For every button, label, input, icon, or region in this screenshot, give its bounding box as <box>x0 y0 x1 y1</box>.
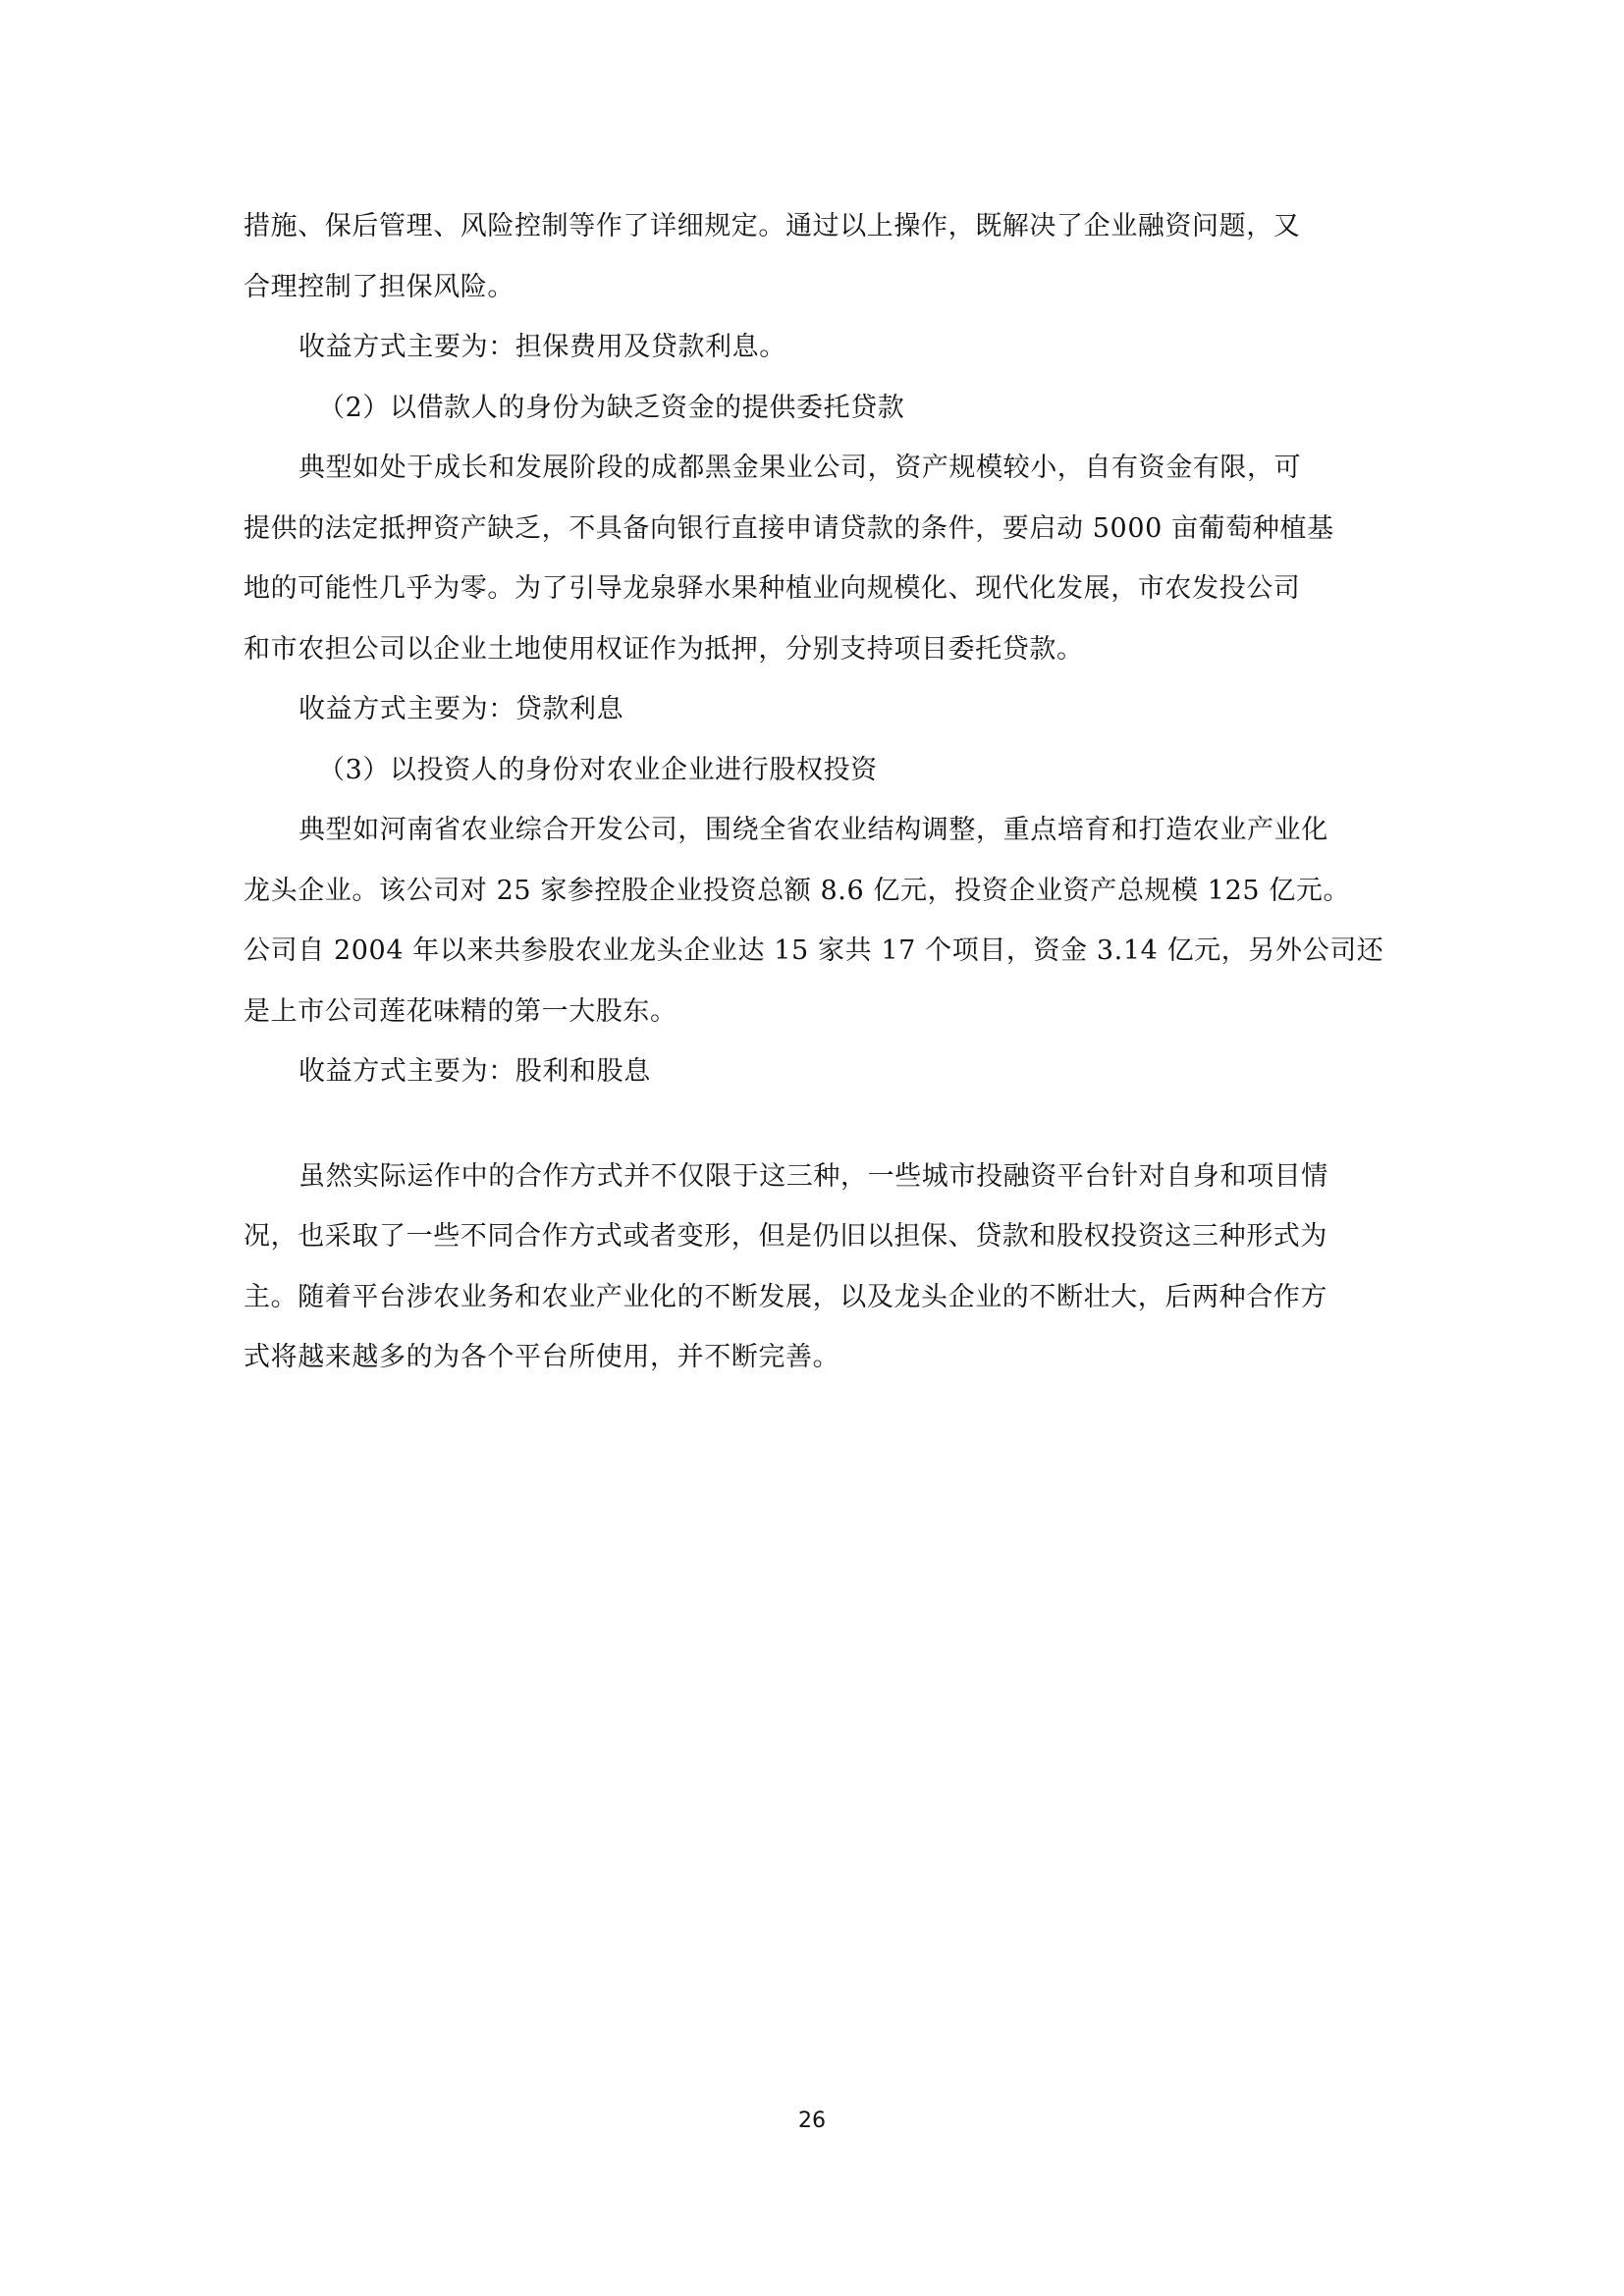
text-line: 龙头企业。该公司对 25 家参控股企业投资总额 8.6 亿元，投资企业资产总规模… <box>244 869 1388 930</box>
text-line: 地的可能性几乎为零。为了引导龙泉驿水果种植业向规模化、现代化发展，市农发投公司 <box>244 566 1388 627</box>
paragraph-equity-example: 典型如河南省农业综合开发公司，围绕全省农业结构调整，重点培育和打造农业产业化 龙… <box>244 808 1388 1049</box>
paragraph-gap <box>244 1110 1388 1154</box>
text-line: 措施、保后管理、风险控制等作了详细规定。通过以上操作，既解决了企业融资问题，又 <box>244 204 1388 265</box>
revenue-note-loan: 收益方式主要为：贷款利息 <box>244 687 1388 748</box>
document-page: 措施、保后管理、风险控制等作了详细规定。通过以上操作，既解决了企业融资问题，又 … <box>0 0 1624 2296</box>
section-heading-3: （3）以投资人的身份对农业企业进行股权投资 <box>244 748 1388 809</box>
revenue-note-guarantee: 收益方式主要为：担保费用及贷款利息。 <box>244 325 1388 386</box>
paragraph-loan-example: 典型如处于成长和发展阶段的成都黑金果业公司，资产规模较小，自有资金有限，可 提供… <box>244 446 1388 687</box>
text-line: 是上市公司莲花味精的第一大股东。 <box>244 989 1388 1050</box>
text-line: 虽然实际运作中的合作方式并不仅限于这三种，一些城市投融资平台针对自身和项目情 <box>244 1154 1388 1215</box>
text-line: 况，也采取了一些不同合作方式或者变形，但是仍旧以担保、贷款和股权投资这三种形式为 <box>244 1214 1388 1275</box>
text-line: 合理控制了担保风险。 <box>244 265 1388 326</box>
text-line: 主。随着平台涉农业务和农业产业化的不断发展，以及龙头企业的不断壮大，后两种合作方 <box>244 1275 1388 1336</box>
paragraph-guarantee-continued: 措施、保后管理、风险控制等作了详细规定。通过以上操作，既解决了企业融资问题，又 … <box>244 204 1388 325</box>
text-line: 式将越来越多的为各个平台所使用，并不断完善。 <box>244 1335 1388 1396</box>
paragraph-summary: 虽然实际运作中的合作方式并不仅限于这三种，一些城市投融资平台针对自身和项目情 况… <box>244 1154 1388 1396</box>
text-line: 提供的法定抵押资产缺乏，不具备向银行直接申请贷款的条件，要启动 5000 亩葡萄… <box>244 507 1388 567</box>
page-body: 措施、保后管理、风险控制等作了详细规定。通过以上操作，既解决了企业融资问题，又 … <box>244 204 1388 1396</box>
revenue-note-equity: 收益方式主要为：股利和股息 <box>244 1049 1388 1110</box>
text-line: 和市农担公司以企业土地使用权证作为抵押，分别支持项目委托贷款。 <box>244 627 1388 688</box>
text-line: 典型如河南省农业综合开发公司，围绕全省农业结构调整，重点培育和打造农业产业化 <box>244 808 1388 869</box>
text-line: 典型如处于成长和发展阶段的成都黑金果业公司，资产规模较小，自有资金有限，可 <box>244 446 1388 507</box>
section-heading-2: （2）以借款人的身份为缺乏资金的提供委托贷款 <box>244 386 1388 447</box>
page-number: 26 <box>0 2109 1624 2133</box>
text-line: 公司自 2004 年以来共参股农业龙头企业达 15 家共 17 个项目，资金 3… <box>244 929 1388 989</box>
